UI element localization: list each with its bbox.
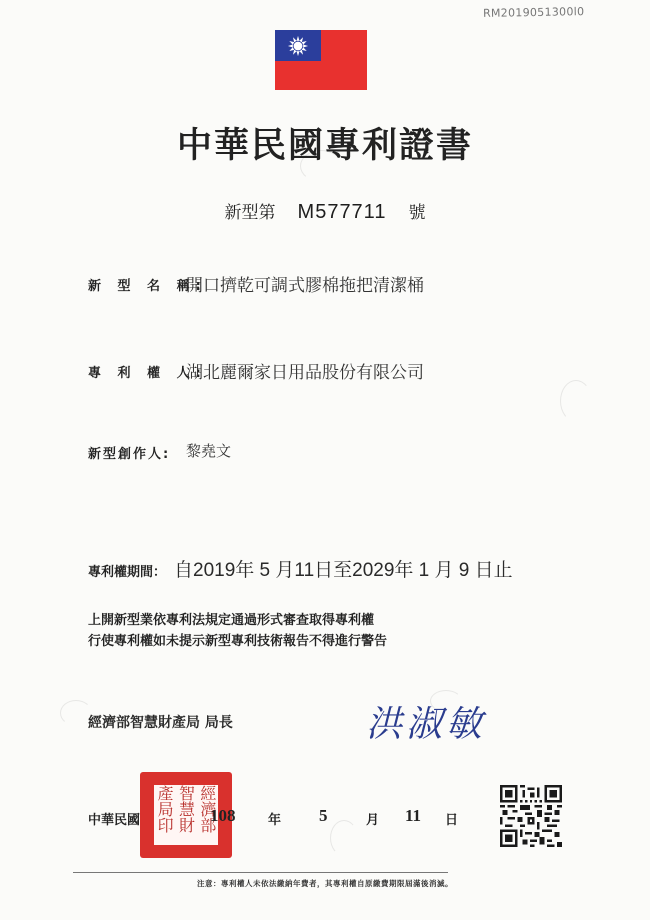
notice-line-2: 行使專利權如未提示新型專利技術報告不得進行警告 [88, 630, 387, 649]
creator-label: 新型創作人: [88, 443, 170, 462]
patent-number-suffix: 號 [408, 203, 425, 223]
director-title: 經濟部智慧財產局 局長 [88, 712, 233, 732]
patent-number: M577711 [298, 201, 387, 223]
certificate-title: 中華民國專利證書 [0, 118, 650, 168]
issue-date-year: 108 [210, 806, 236, 826]
roc-flag [275, 30, 367, 90]
creator-value: 黎堯文 [186, 440, 231, 461]
white-sun-icon [287, 35, 309, 57]
handwritten-reference-number: RM2019051300l0 [483, 5, 585, 20]
issue-date-month-unit: 月 [366, 809, 379, 828]
issue-date-month: 5 [319, 806, 328, 826]
patent-period: 專利權期間：自2019年 5 月11日至2029年 1 月 9 日止 [88, 555, 513, 582]
director-signature: 洪淑敏 [366, 696, 486, 747]
issue-date-day-unit: 日 [445, 809, 458, 828]
design-name-value: 開口擠乾可調式膠棉拖把清潔桶 [186, 271, 424, 296]
patent-period-label: 專利權期間： [88, 565, 166, 580]
issue-date-era: 中華民國 [88, 809, 140, 828]
issue-date-year-unit: 年 [268, 809, 281, 828]
footer-notice: 注意：專利權人未依法繳納年費者，其專利權自原繳費期限屆滿後消滅。 [0, 878, 650, 889]
footer-divider [73, 872, 448, 873]
issue-date: 中華民國 108 年 5 月 11 日 [88, 809, 468, 829]
patent-number-prefix: 新型第 [225, 203, 276, 223]
flag-canton [275, 30, 321, 61]
paper-fiber [560, 380, 592, 422]
notice-line-1: 上開新型業依專利法規定通過形式審查取得專利權 [88, 609, 374, 628]
patentee-value: 湖北麗爾家日用品股份有限公司 [186, 358, 424, 383]
issue-date-day: 11 [405, 806, 421, 826]
qr-code-icon [500, 785, 562, 847]
patent-period-value: 自2019年 5 月11日至2029年 1 月 9 日止 [174, 560, 513, 581]
patent-number-line: 新型第M577711號 [0, 198, 650, 224]
